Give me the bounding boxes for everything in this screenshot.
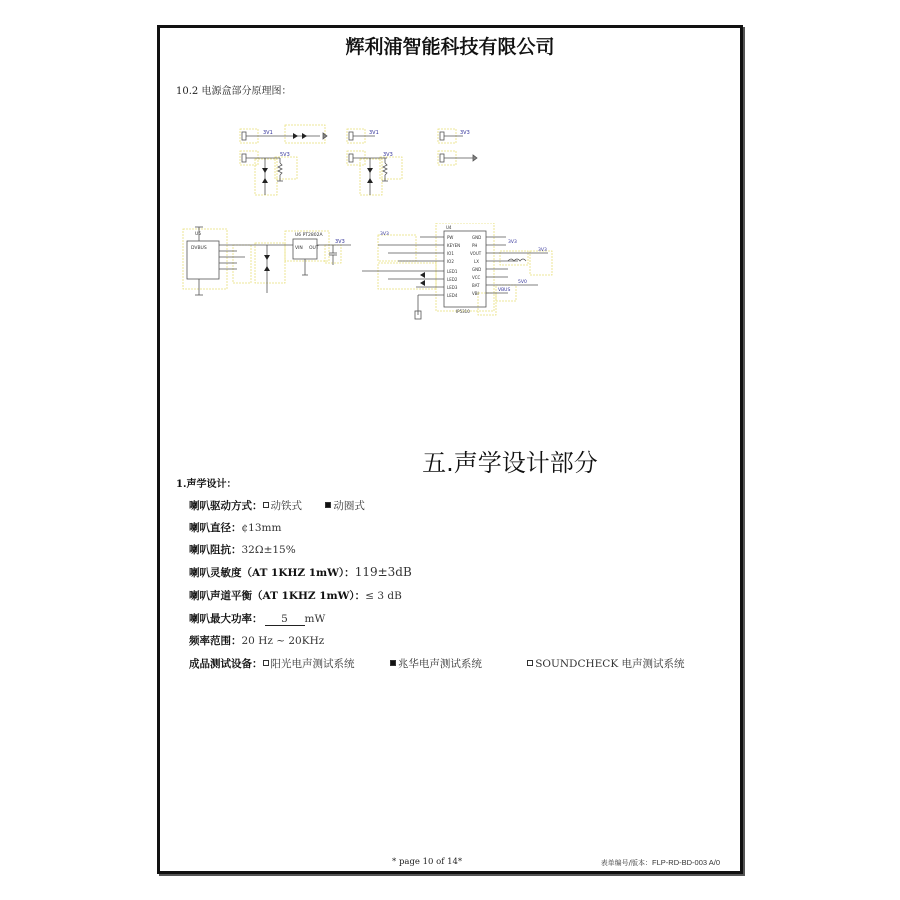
spec-drive-type: 喇叭驱动方式：动铁式 动圈式 bbox=[189, 498, 365, 513]
spec-sensitivity: 喇叭灵敏度（AT 1KHZ 1mW）：119±3dB bbox=[189, 565, 412, 580]
checkbox-unchecked-icon bbox=[263, 502, 269, 508]
checkbox-checked-icon bbox=[390, 660, 396, 666]
spec-label: 喇叭灵敏度（AT 1KHZ 1mW）： bbox=[189, 567, 355, 579]
svg-text:3V3: 3V3 bbox=[383, 152, 393, 158]
spec-label: 频率范围： bbox=[189, 635, 242, 647]
svg-text:GND: GND bbox=[472, 235, 481, 240]
svg-text:BAT: BAT bbox=[472, 283, 480, 288]
option-label: 动铁式 bbox=[271, 500, 303, 512]
svg-text:VIN: VIN bbox=[295, 245, 303, 251]
spec-label: 成品测试设备： bbox=[189, 658, 263, 670]
spec-value: 32Ω±15% bbox=[242, 544, 296, 556]
spec-value: ≤ 3 dB bbox=[365, 590, 402, 602]
spec-value: ¢13mm bbox=[242, 522, 282, 534]
spec-test-equipment: 成品测试设备：阳光电声测试系统 兆华电声测试系统 SOUNDCHECK 电声测试… bbox=[189, 656, 685, 671]
checkbox-unchecked-icon bbox=[527, 660, 533, 666]
svg-text:LED4: LED4 bbox=[447, 293, 458, 298]
svg-text:3V3: 3V3 bbox=[460, 130, 470, 136]
form-code-value: FLP-RD-BD-003 A/0 bbox=[652, 858, 720, 867]
form-code-label: 表单编号/版本： bbox=[601, 859, 652, 867]
spec-frequency-range: 频率范围：20 Hz ~ 20KHz bbox=[189, 633, 324, 648]
svg-text:3V3: 3V3 bbox=[538, 247, 547, 253]
svg-text:LX: LX bbox=[474, 259, 479, 264]
section-heading: 五.声学设计部分 bbox=[160, 443, 740, 478]
svg-text:KEYEN: KEYEN bbox=[447, 243, 460, 248]
svg-text:GND: GND bbox=[472, 267, 481, 272]
spec-unit: mW bbox=[305, 613, 326, 625]
schematic-power-ic: U4PWKEYENIO1IO2 LED1LED2LED3LED4 GNDPHVO… bbox=[358, 223, 558, 323]
spec-value: 5 bbox=[265, 613, 305, 626]
schematic-top-row: 3V15V3 3V13V33V3 bbox=[235, 123, 495, 198]
document-page: 辉利浦智能科技有限公司 10.2 电源盒部分原理图： 3 bbox=[157, 25, 743, 874]
spec-channel-balance: 喇叭声道平衡（AT 1KHZ 1mW）：≤ 3 dB bbox=[189, 588, 402, 603]
svg-text:OUT: OUT bbox=[309, 245, 319, 251]
svg-text:VBI: VBI bbox=[472, 291, 479, 296]
checkbox-checked-icon bbox=[325, 502, 331, 508]
spec-label: 喇叭声道平衡（AT 1KHZ 1mW）： bbox=[189, 590, 365, 602]
spec-diameter: 喇叭直径：¢13mm bbox=[189, 520, 281, 535]
svg-text:3V3: 3V3 bbox=[335, 239, 345, 245]
svg-text:3V1: 3V1 bbox=[369, 130, 379, 136]
spec-max-power: 喇叭最大功率：5mW bbox=[189, 611, 325, 626]
option-label: SOUNDCHECK 电声测试系统 bbox=[535, 658, 684, 670]
checkbox-unchecked-icon bbox=[263, 660, 269, 666]
spec-impedance: 喇叭阻抗：32Ω±15% bbox=[189, 542, 296, 557]
schematic-charger-regulator: U5DVBUSU6 PT2802AVINOUT 3V3 bbox=[175, 223, 355, 303]
svg-text:IO1: IO1 bbox=[447, 251, 454, 256]
svg-text:U6 PT2802A: U6 PT2802A bbox=[295, 232, 324, 238]
svg-text:PH: PH bbox=[472, 243, 477, 248]
svg-text:VOUT: VOUT bbox=[470, 251, 482, 256]
sub-heading: 1.声学设计： bbox=[176, 475, 236, 490]
svg-text:IO2: IO2 bbox=[447, 259, 454, 264]
svg-text:DVBUS: DVBUS bbox=[191, 245, 207, 251]
svg-text:VBUS: VBUS bbox=[498, 287, 510, 293]
company-title: 辉利浦智能科技有限公司 bbox=[160, 32, 740, 59]
svg-text:5V3: 5V3 bbox=[280, 152, 290, 158]
spec-value: 119±3dB bbox=[355, 565, 412, 579]
spec-value: 20 Hz ~ 20KHz bbox=[242, 635, 325, 647]
svg-text:3V1: 3V1 bbox=[263, 130, 273, 136]
page-number: * page 10 of 14* bbox=[392, 857, 462, 867]
svg-text:U5: U5 bbox=[195, 231, 201, 237]
svg-text:LED3: LED3 bbox=[447, 285, 458, 290]
option-label: 阳光电声测试系统 bbox=[271, 658, 355, 670]
option-label: 兆华电声测试系统 bbox=[398, 658, 482, 670]
svg-text:LED2: LED2 bbox=[447, 277, 458, 282]
schematic-caption: 10.2 电源盒部分原理图： bbox=[176, 82, 291, 97]
spec-label: 喇叭直径： bbox=[189, 522, 242, 534]
spec-label: 喇叭最大功率： bbox=[189, 613, 263, 625]
svg-text:IP5310: IP5310 bbox=[456, 309, 470, 314]
svg-text:VCC: VCC bbox=[472, 275, 481, 280]
option-label: 动圈式 bbox=[333, 500, 365, 512]
svg-text:3V3: 3V3 bbox=[380, 231, 389, 237]
svg-text:PW: PW bbox=[447, 235, 453, 240]
svg-text:5V0: 5V0 bbox=[518, 279, 527, 285]
svg-text:3V3: 3V3 bbox=[508, 239, 517, 245]
svg-text:U4: U4 bbox=[446, 225, 452, 230]
svg-text:LED1: LED1 bbox=[447, 269, 458, 274]
spec-label: 喇叭驱动方式： bbox=[189, 500, 263, 512]
form-code: 表单编号/版本：FLP-RD-BD-003 A/0 bbox=[601, 858, 720, 868]
spec-label: 喇叭阻抗： bbox=[189, 544, 242, 556]
